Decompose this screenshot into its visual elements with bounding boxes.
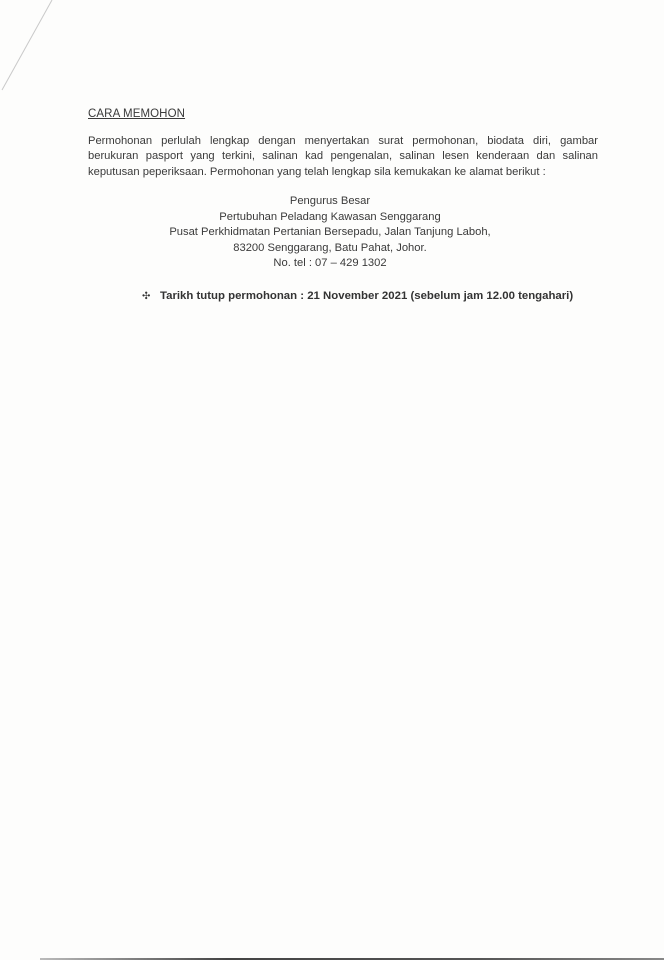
- page-fold-line: [0, 0, 60, 100]
- closing-date-text: Tarikh tutup permohonan : 21 November 20…: [160, 290, 573, 302]
- address-phone: No. tel : 07 – 429 1302: [150, 256, 510, 272]
- address-organization: Pertubuhan Peladang Kawasan Senggarang: [150, 210, 510, 226]
- mailing-address: Pengurus Besar Pertubuhan Peladang Kawas…: [150, 194, 510, 272]
- paragraph-line: berukuran pasport yang terkini, salinan …: [88, 149, 598, 164]
- bullet-icon: ✣: [142, 291, 160, 302]
- paragraph-line: Permohonan perlulah lengkap dengan menye…: [88, 134, 598, 149]
- address-street: Pusat Perkhidmatan Pertanian Bersepadu, …: [150, 225, 510, 241]
- section-heading: CARA MEMOHON: [88, 108, 185, 120]
- closing-date-notice: ✣Tarikh tutup permohonan : 21 November 2…: [142, 290, 573, 302]
- address-recipient: Pengurus Besar: [150, 194, 510, 210]
- paragraph-line: keputusan peperiksaan. Permohonan yang t…: [88, 165, 598, 180]
- instructions-paragraph: Permohonan perlulah lengkap dengan menye…: [88, 134, 598, 180]
- address-postcode-city: 83200 Senggarang, Batu Pahat, Johor.: [150, 241, 510, 257]
